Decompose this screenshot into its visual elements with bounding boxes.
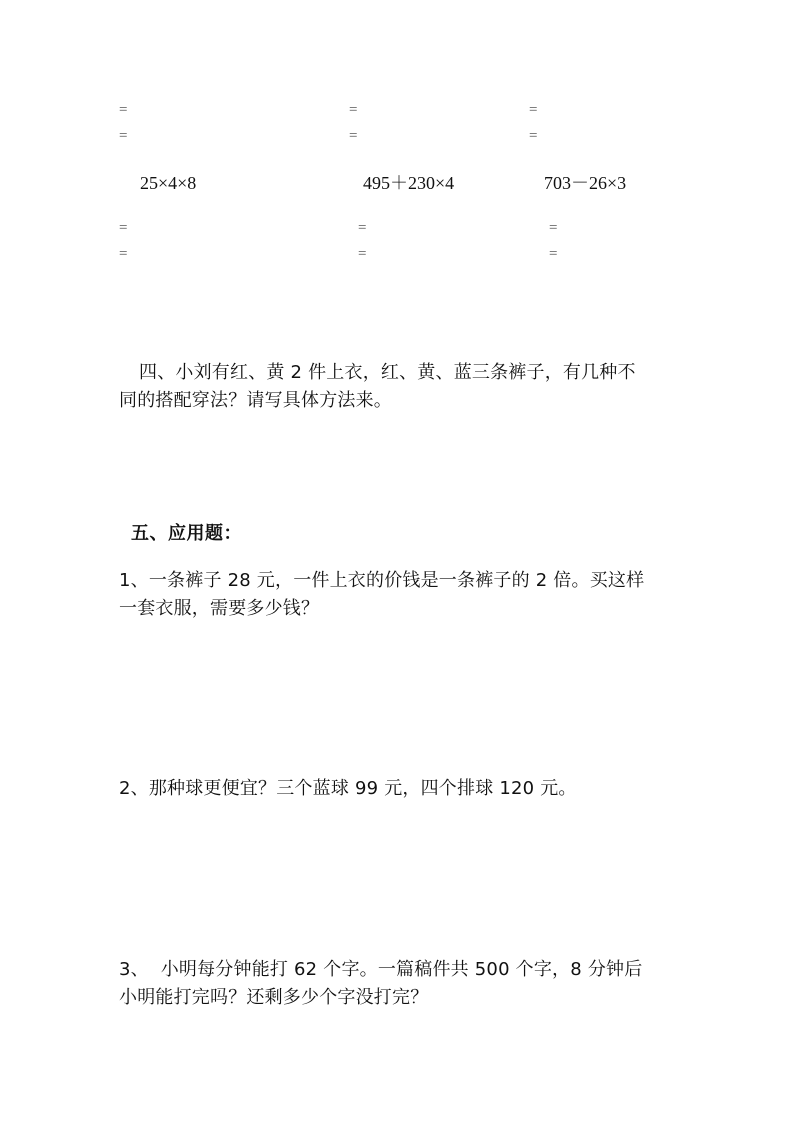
problem-1-line-2: 一套衣服，需要多少钱？	[119, 595, 689, 623]
section-5-heading: 五、应用题：	[131, 522, 242, 546]
equals-sign: =	[119, 220, 127, 236]
equals-sign: =	[358, 246, 366, 262]
equals-sign: =	[119, 246, 127, 262]
equals-sign: =	[349, 128, 357, 144]
expression: 25×4×8	[140, 173, 196, 193]
problem-1: 1、一条裤子 28 元，一件上衣的价钱是一条裤子的 2 倍。买这样 一套衣服，需…	[119, 567, 689, 623]
equals-sign: =	[119, 102, 127, 118]
equals-sign: =	[349, 102, 357, 118]
problem-3: 3、 小明每分钟能打 62 个字。一篇稿件共 500 个字，8 分钟后 小明能打…	[119, 956, 689, 1012]
equals-sign: =	[549, 220, 557, 236]
problem-2-line-1: 2、那种球更便宜？三个蓝球 99 元，四个排球 120 元。	[119, 775, 689, 803]
equals-sign: =	[119, 128, 127, 144]
expression: 703－26×3	[544, 173, 626, 193]
equals-sign: =	[529, 128, 537, 144]
equals-sign: =	[529, 102, 537, 118]
expression: 495＋230×4	[363, 173, 454, 193]
problem-3-line-1: 3、 小明每分钟能打 62 个字。一篇稿件共 500 个字，8 分钟后	[119, 956, 689, 984]
equals-sign: =	[549, 246, 557, 262]
problem-3-line-2: 小明能打完吗？还剩多少个字没打完？	[119, 984, 689, 1012]
section-4-question: 四、小刘有红、黄 2 件上衣，红、黄、蓝三条裤子，有几种不 同的搭配穿法？请写具…	[119, 359, 689, 415]
problem-2: 2、那种球更便宜？三个蓝球 99 元，四个排球 120 元。	[119, 775, 689, 803]
section-4-line-1: 四、小刘有红、黄 2 件上衣，红、黄、蓝三条裤子，有几种不	[119, 359, 689, 387]
section-4-line-2: 同的搭配穿法？请写具体方法来。	[119, 387, 689, 415]
equals-sign: =	[358, 220, 366, 236]
problem-1-line-1: 1、一条裤子 28 元，一件上衣的价钱是一条裤子的 2 倍。买这样	[119, 567, 689, 595]
